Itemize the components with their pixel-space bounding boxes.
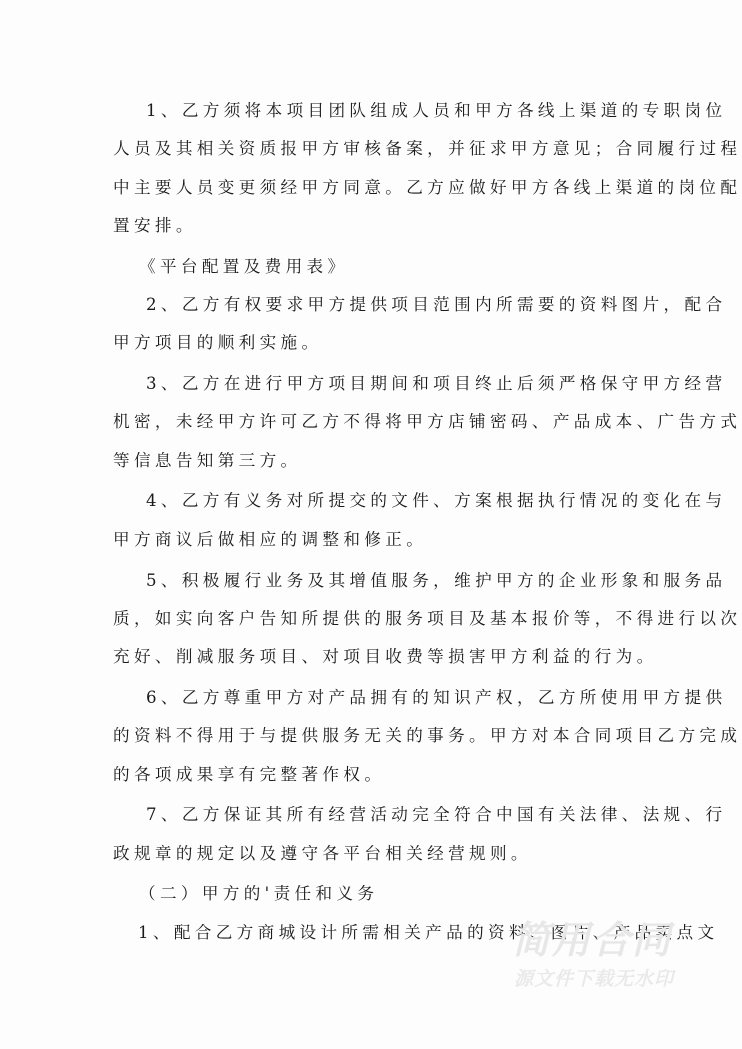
text-line: 4、乙方有义务对所提交的文件、方案根据执行情况的变化在与 [113,482,597,520]
paragraph-party-b-item-1: 1、乙方须将本项目团队组成人员和甲方各线上渠道的专职岗位 人员及其相关资质报甲方… [113,92,597,245]
paragraph-party-b-item-4: 4、乙方有义务对所提交的文件、方案根据执行情况的变化在与 甲方商议后做相应的调整… [113,482,597,559]
text-line: 3、乙方在进行甲方项目期间和项目终止后须严格保守甲方经营 [113,365,597,403]
text-line: 7、乙方保证其所有经营活动完全符合中国有关法律、法规、行 [113,796,597,834]
paragraph-table-reference: 《平台配置及费用表》 [113,248,597,286]
paragraph-party-b-item-2: 2、乙方有权要求甲方提供项目范围内所需要的资料图片，配合 甲方项目的顺利实施。 [113,286,597,363]
text-line: 机密，未经甲方许可乙方不得将甲方店铺密码、产品成本、广告方式 [113,403,597,441]
text-line: 1、乙方须将本项目团队组成人员和甲方各线上渠道的专职岗位 [113,92,597,130]
text-line: 人员及其相关资质报甲方审核备案，并征求甲方意见；合同履行过程 [113,130,597,168]
text-line: 5、积极履行业务及其增值服务，维护甲方的企业形象和服务品 [113,562,597,600]
document-page: 1、乙方须将本项目团队组成人员和甲方各线上渠道的专职岗位 人员及其相关资质报甲方… [0,0,742,1049]
paragraph-party-b-item-3: 3、乙方在进行甲方项目期间和项目终止后须严格保守甲方经营 机密，未经甲方许可乙方… [113,365,597,480]
section-heading: （二）甲方的'责任和义务 [113,875,597,913]
text-line: 中主要人员变更须经甲方同意。乙方应做好甲方各线上渠道的岗位配 [113,169,597,207]
watermark-subtitle: 源文件下载无水印 [514,967,674,991]
text-line: 的资料不得用于与提供服务无关的事务。甲方对本合同项目乙方完成 [113,717,597,755]
text-line: 政规章的规定以及遵守各平台相关经营规则。 [113,835,597,873]
paragraph-party-a-item-1: 1、配合乙方商城设计所需相关产品的资料、图片、产品卖点文 [113,914,597,952]
text-line: 甲方项目的顺利实施。 [113,324,597,362]
text-line: 质，如实向客户告知所提供的服务项目及基本报价等，不得进行以次 [113,600,597,638]
text-line: 置安排。 [113,207,597,245]
text-line: 2、乙方有权要求甲方提供项目范围内所需要的资料图片，配合 [113,286,597,324]
text-line: 充好、削减服务项目、对项目收费等损害甲方利益的行为。 [113,638,597,676]
text-line: 甲方商议后做相应的调整和修正。 [113,521,597,559]
text-line: 的各项成果享有完整著作权。 [113,756,597,794]
text-line: 6、乙方尊重甲方对产品拥有的知识产权，乙方所使用甲方提供 [113,679,597,717]
document-body: 1、乙方须将本项目团队组成人员和甲方各线上渠道的专职岗位 人员及其相关资质报甲方… [113,92,597,952]
paragraph-party-b-item-5: 5、积极履行业务及其增值服务，维护甲方的企业形象和服务品 质，如实向客户告知所提… [113,562,597,677]
text-line: 1、配合乙方商城设计所需相关产品的资料、图片、产品卖点文 [113,914,597,952]
table-reference-title: 《平台配置及费用表》 [113,248,597,286]
text-line: 等信息告知第三方。 [113,442,597,480]
section-heading-party-a-duties: （二）甲方的'责任和义务 [113,875,597,913]
paragraph-party-b-item-7: 7、乙方保证其所有经营活动完全符合中国有关法律、法规、行 政规章的规定以及遵守各… [113,796,597,873]
paragraph-party-b-item-6: 6、乙方尊重甲方对产品拥有的知识产权，乙方所使用甲方提供 的资料不得用于与提供服… [113,679,597,794]
